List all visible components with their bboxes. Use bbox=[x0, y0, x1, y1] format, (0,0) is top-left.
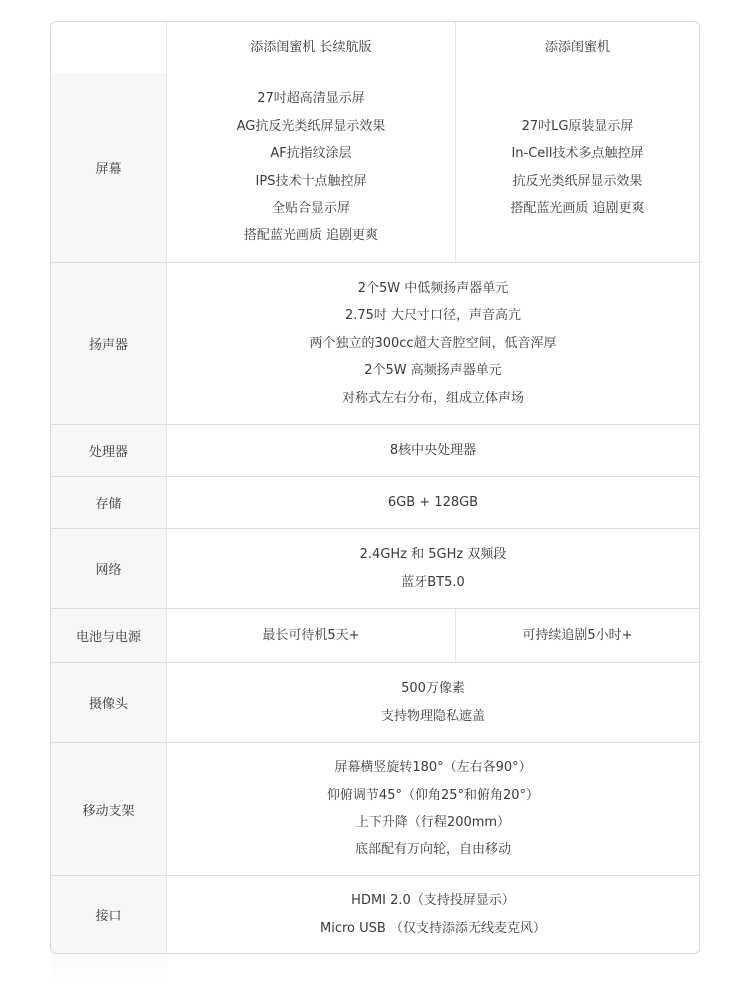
spec-line: 屏幕横竖旋转180°（左右各90°） bbox=[334, 754, 531, 781]
spec-line: 最长可待机5天+ bbox=[262, 622, 359, 649]
table-row-ports: 接口HDMI 2.0（支持投屏显示）Micro USB （仅支持添添无线麦克风） bbox=[51, 875, 699, 953]
row-label: 存储 bbox=[51, 477, 167, 528]
row-label: 网络 bbox=[51, 529, 167, 608]
table-row-network: 网络2.4GHz 和 5GHz 双频段蓝牙BT5.0 bbox=[51, 528, 699, 608]
table-row-screen: 屏幕27吋超高清显示屏AG抗反光类纸屏显示效果AF抗指纹涂层IPS技术十点触控屏… bbox=[51, 73, 699, 262]
row-label: 接口 bbox=[51, 876, 167, 953]
row-label: 扬声器 bbox=[51, 263, 167, 424]
spec-line: 搭配蓝光画质 追剧更爽 bbox=[244, 222, 378, 249]
row-label: 电池与电源 bbox=[51, 609, 167, 662]
row-label: 处理器 bbox=[51, 425, 167, 476]
spec-cell-long-battery: 27吋超高清显示屏AG抗反光类纸屏显示效果AF抗指纹涂层IPS技术十点触控屏全贴… bbox=[167, 73, 456, 262]
spec-line: 两个独立的300cc超大音腔空间，低音浑厚 bbox=[309, 330, 556, 357]
table-row-speaker: 扬声器2个5W 中低频扬声器单元2.75吋 大尺寸口径，声音高亢两个独立的300… bbox=[51, 262, 699, 424]
spec-line: 上下升降（行程200mm） bbox=[356, 809, 510, 836]
spec-line: 搭配蓝光画质 追剧更爽 bbox=[510, 195, 644, 222]
table-header-row: 添添闺蜜机 长续航版 添添闺蜜机 bbox=[51, 22, 699, 73]
spec-line: 27吋LG原装显示屏 bbox=[522, 113, 634, 140]
spec-line: 2.4GHz 和 5GHz 双频段 bbox=[360, 541, 507, 568]
spec-cell-standard: 可持续追剧5小时+ bbox=[456, 609, 699, 662]
spec-line: Micro USB （仅支持添添无线麦克风） bbox=[320, 915, 546, 942]
spec-line: IPS技术十点触控屏 bbox=[256, 168, 367, 195]
header-column-long-battery: 添添闺蜜机 长续航版 bbox=[167, 22, 456, 73]
table-row-stand: 移动支架屏幕横竖旋转180°（左右各90°）仰俯调节45°（仰角25°和俯角20… bbox=[51, 742, 699, 875]
spec-line: 对称式左右分布，组成立体声场 bbox=[342, 385, 524, 412]
spec-cell-long-battery: 最长可待机5天+ bbox=[167, 609, 456, 662]
spec-cell-shared: 6GB + 128GB bbox=[167, 477, 699, 528]
spec-cell-shared: 屏幕横竖旋转180°（左右各90°）仰俯调节45°（仰角25°和俯角20°）上下… bbox=[167, 743, 699, 875]
spec-cell-shared: 8核中央处理器 bbox=[167, 425, 699, 476]
table-row-battery: 电池与电源最长可待机5天+可持续追剧5小时+ bbox=[51, 608, 699, 662]
spec-cell-standard: 27吋LG原装显示屏In-Cell技术多点触控屏抗反光类纸屏显示效果搭配蓝光画质… bbox=[456, 73, 699, 262]
spec-line: 蓝牙BT5.0 bbox=[401, 569, 465, 596]
spec-line: 仰俯调节45°（仰角25°和俯角20°） bbox=[327, 782, 539, 809]
table-row-storage: 存储6GB + 128GB bbox=[51, 476, 699, 528]
row-label: 屏幕 bbox=[51, 73, 167, 262]
spec-line: 底部配有万向轮，自由移动 bbox=[355, 836, 511, 863]
table-row-camera: 摄像头500万像素支持物理隐私遮盖 bbox=[51, 662, 699, 742]
spec-cell-shared: 2个5W 中低频扬声器单元2.75吋 大尺寸口径，声音高亢两个独立的300cc超… bbox=[167, 263, 699, 424]
spec-line: 2个5W 中低频扬声器单元 bbox=[358, 275, 509, 302]
row-label: 摄像头 bbox=[51, 663, 167, 742]
row-label: 移动支架 bbox=[51, 743, 167, 875]
spec-line: 8核中央处理器 bbox=[390, 437, 476, 464]
spec-line: 2.75吋 大尺寸口径，声音高亢 bbox=[345, 302, 521, 329]
spec-cell-shared: 500万像素支持物理隐私遮盖 bbox=[167, 663, 699, 742]
spec-line: AF抗指纹涂层 bbox=[270, 140, 351, 167]
spec-line: 6GB + 128GB bbox=[388, 489, 478, 516]
spec-line: 全贴合显示屏 bbox=[272, 195, 350, 222]
spec-cell-shared: HDMI 2.0（支持投屏显示）Micro USB （仅支持添添无线麦克风） bbox=[167, 876, 699, 953]
spec-line: 抗反光类纸屏显示效果 bbox=[512, 168, 642, 195]
spec-line: AG抗反光类纸屏显示效果 bbox=[237, 113, 386, 140]
spec-line: 2个5W 高频扬声器单元 bbox=[364, 357, 502, 384]
spec-line: 500万像素 bbox=[401, 675, 465, 702]
spec-line: 27吋超高清显示屏 bbox=[257, 85, 365, 112]
spec-line: HDMI 2.0（支持投屏显示） bbox=[351, 887, 515, 914]
header-column-standard: 添添闺蜜机 bbox=[456, 22, 699, 73]
spec-line: 支持物理隐私遮盖 bbox=[381, 703, 485, 730]
spec-line: In-Cell技术多点触控屏 bbox=[511, 140, 643, 167]
spec-comparison-table: 添添闺蜜机 长续航版 添添闺蜜机 屏幕27吋超高清显示屏AG抗反光类纸屏显示效果… bbox=[50, 21, 700, 954]
header-corner-cell bbox=[51, 22, 167, 73]
spec-cell-shared: 2.4GHz 和 5GHz 双频段蓝牙BT5.0 bbox=[167, 529, 699, 608]
spec-line: 可持续追剧5小时+ bbox=[522, 622, 632, 649]
table-row-processor: 处理器8核中央处理器 bbox=[51, 424, 699, 476]
